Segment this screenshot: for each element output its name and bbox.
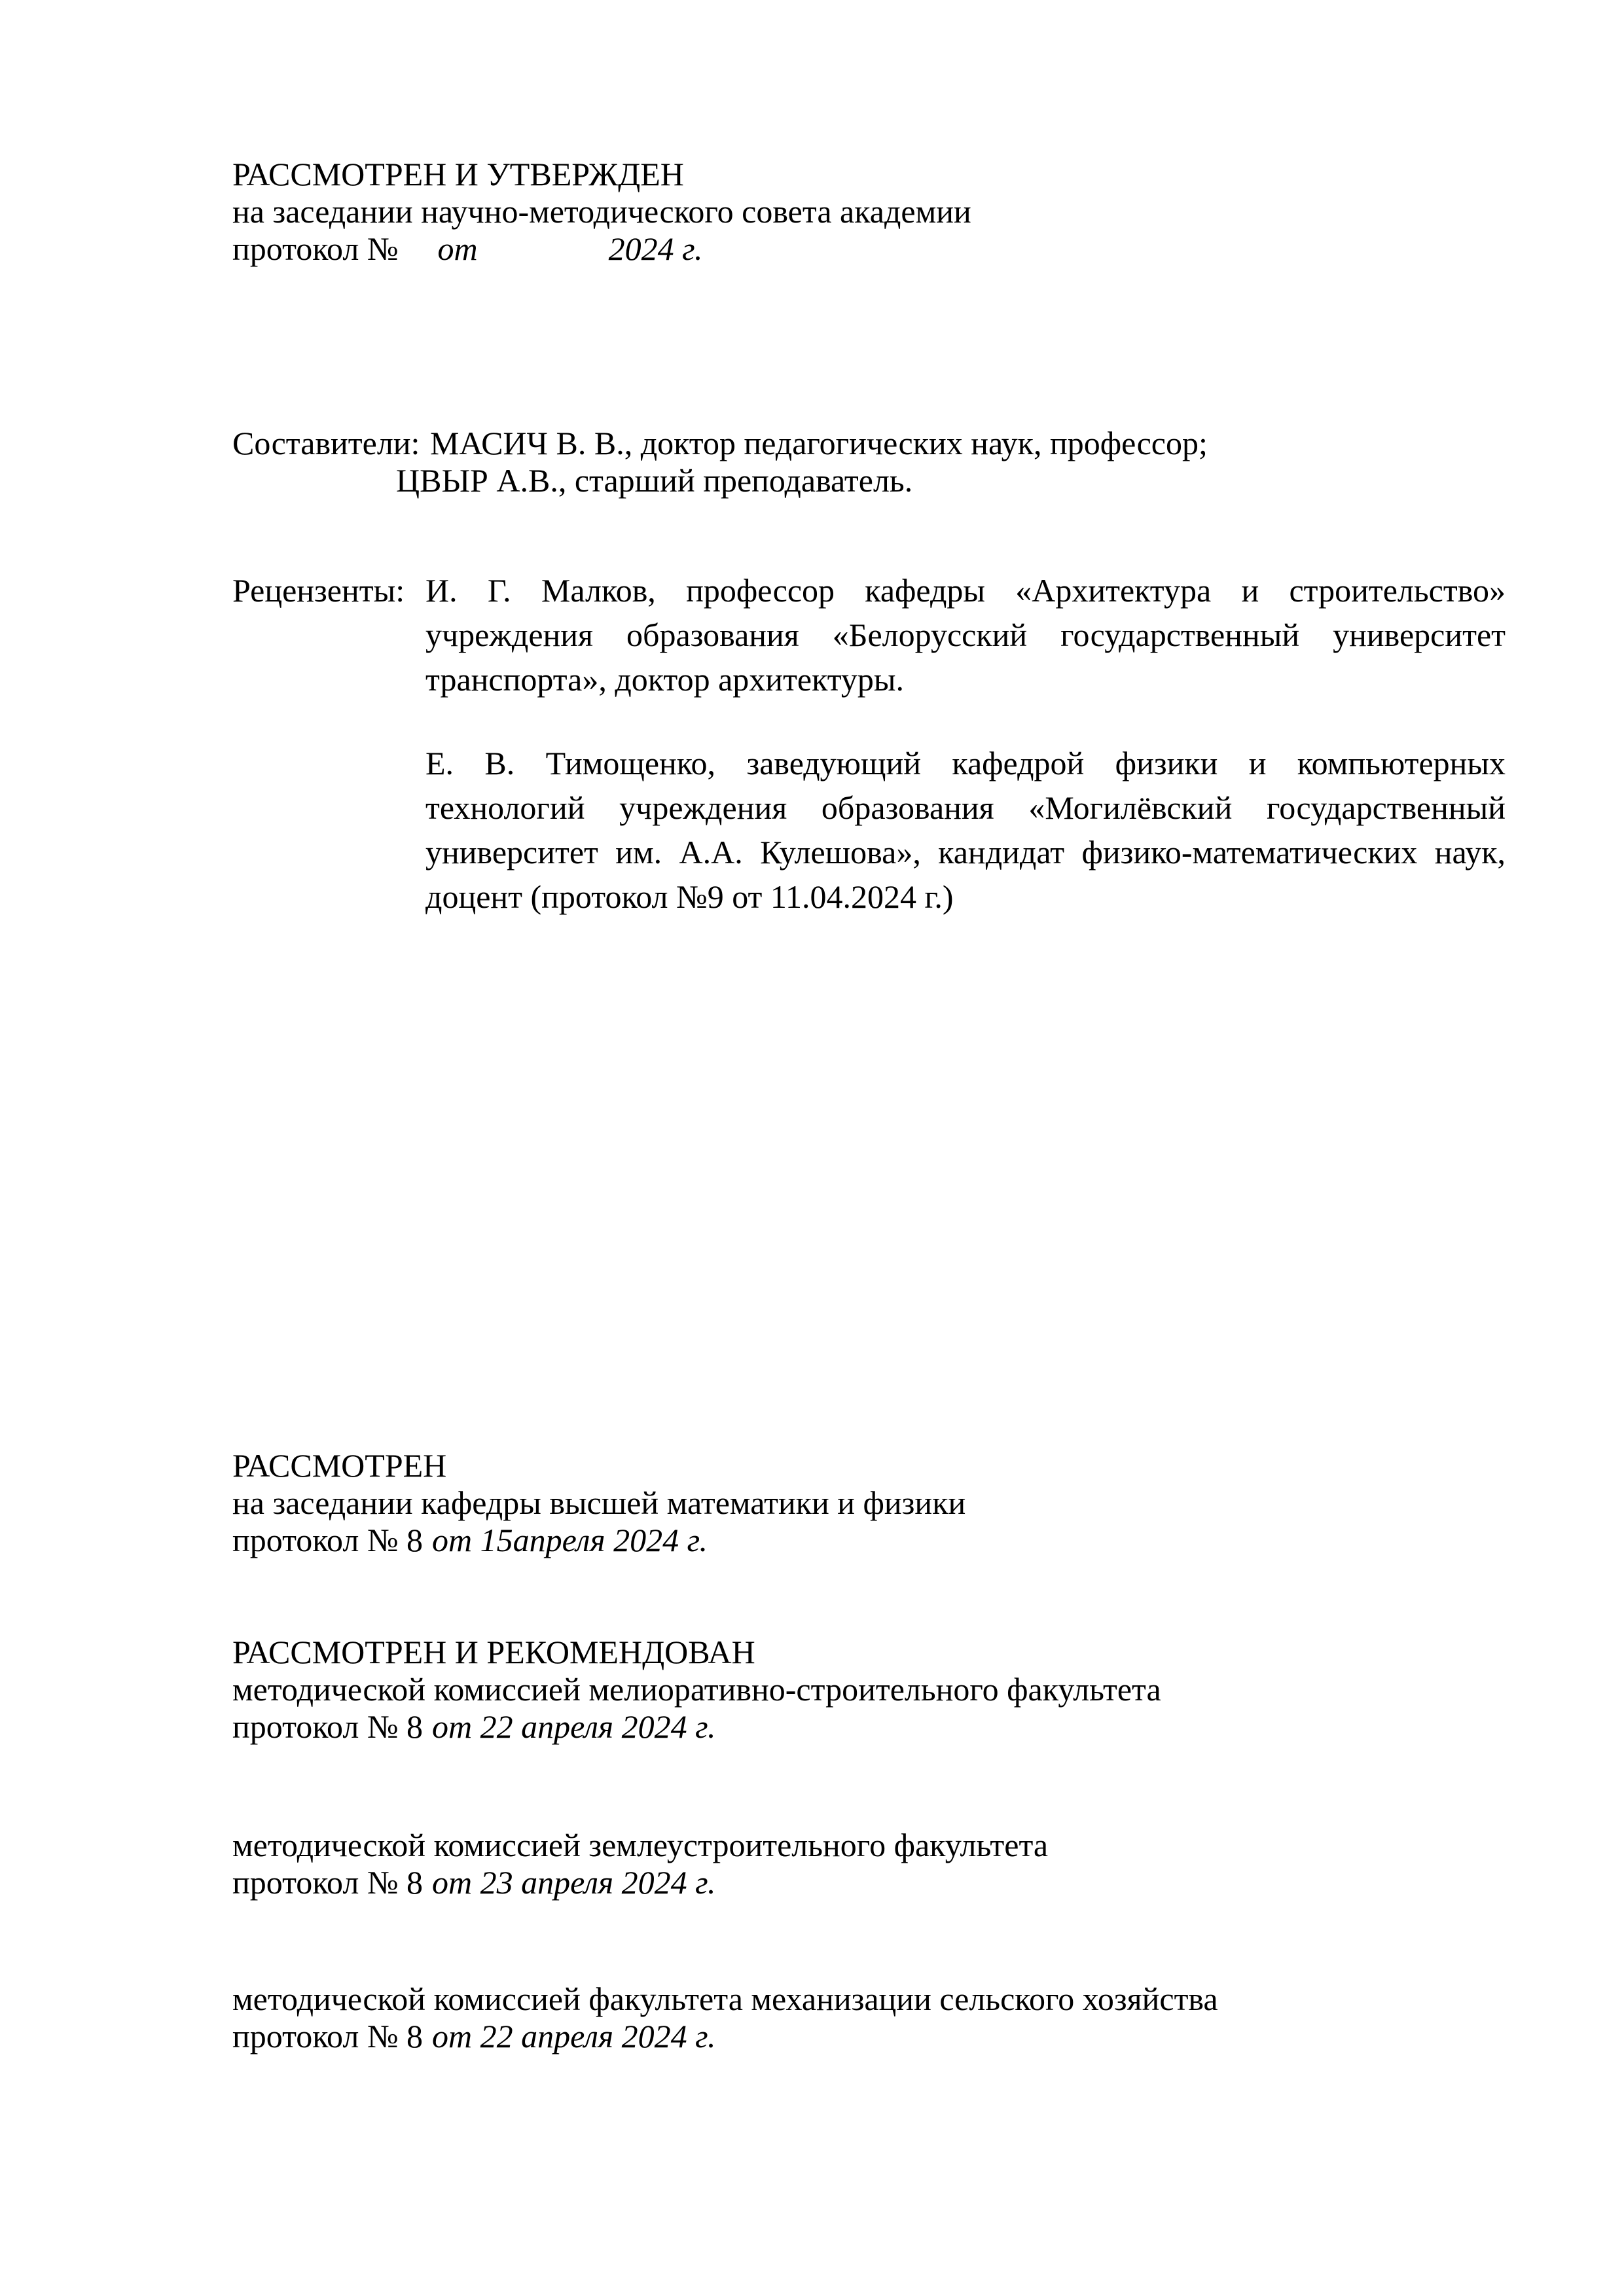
commission1-protocol-line: протокол № 8от 22 апреля 2024 г.	[232, 1708, 1506, 1746]
reviewer1-block: Рецензенты: И. Г. Малков, профессор кафе…	[232, 568, 1506, 702]
reviewed-dept-protocol-line: протокол № 8от 15апреля 2024 г.	[232, 1522, 1506, 1559]
approval-top-block: РАССМОТРЕН И УТВЕРЖДЕН на заседании науч…	[232, 156, 1506, 268]
commission2-block: методической комиссией землеустроительно…	[232, 1827, 1506, 1901]
commission1-protocol-prefix: протокол № 8	[232, 1708, 423, 1745]
reviewers-label: Рецензенты:	[232, 568, 405, 613]
reviewer2-line4: доцент (протокол №9 от 11.04.2024 г.)	[425, 874, 1506, 919]
approval-top-protocol-line: протокол №от2024 г.	[232, 230, 1506, 268]
compilers-line2-text: ЦВЫР А.В., старший преподаватель.	[396, 462, 912, 499]
reviewed-dept-subtitle: на заседании кафедры высшей математики и…	[232, 1484, 1506, 1522]
reviewer2-line1: Е. В. Тимощенко, заведующий кафедрой физ…	[425, 741, 1506, 785]
commission2-line: методической комиссией землеустроительно…	[232, 1827, 1506, 1864]
approval-top-subtitle: на заседании научно-методического совета…	[232, 193, 1506, 230]
approval-top-title: РАССМОТРЕН И УТВЕРЖДЕН	[232, 156, 1506, 193]
commission2-text: методической комиссией землеустроительно…	[232, 1827, 1048, 1863]
reviewed-dept-block: РАССМОТРЕН на заседании кафедры высшей м…	[232, 1447, 1506, 1559]
reviewed-dept-subtitle-text: на заседании кафедры высшей математики и…	[232, 1484, 965, 1521]
commission2-protocol-prefix: протокол № 8	[232, 1864, 423, 1901]
commission1-text: методической комиссией мелиоративно-стро…	[232, 1671, 1161, 1708]
commission1-line: методической комиссией мелиоративно-стро…	[232, 1671, 1506, 1708]
reviewed-dept-protocol-prefix: протокол № 8	[232, 1522, 423, 1558]
reviewed-dept-title-text: РАССМОТРЕН	[232, 1447, 446, 1484]
commission1-protocol-date: от 22 апреля 2024 г.	[432, 1708, 715, 1745]
compilers-line1: Составители:МАСИЧ В. В., доктор педагоги…	[232, 425, 1506, 462]
protocol-year-label: 2024 г.	[609, 230, 703, 267]
commission3-block: методической комиссией факультета механи…	[232, 1981, 1506, 2055]
protocol-ot-label: от	[438, 230, 478, 267]
compilers-label: Составители:	[232, 425, 430, 462]
commission3-text: методической комиссией факультета механи…	[232, 1981, 1218, 2017]
reviewed-dept-title: РАССМОТРЕН	[232, 1447, 1506, 1484]
document-page: { "page": { "background": "#ffffff", "te…	[0, 0, 1624, 2296]
compilers-line1-text: МАСИЧ В. В., доктор педагогических наук,…	[430, 425, 1208, 461]
reviewer2-block: Е. В. Тимощенко, заведующий кафедрой физ…	[232, 741, 1506, 919]
commission3-protocol-line: протокол № 8от 22 апреля 2024 г.	[232, 2018, 1506, 2055]
approval-top-title-text: РАССМОТРЕН И УТВЕРЖДЕН	[232, 156, 684, 192]
compilers-line2: ЦВЫР А.В., старший преподаватель.	[232, 462, 1506, 499]
recommended-block: РАССМОТРЕН И РЕКОМЕНДОВАН методической к…	[232, 1634, 1506, 1746]
commission3-line: методической комиссией факультета механи…	[232, 1981, 1506, 2018]
commission2-protocol-line: протокол № 8от 23 апреля 2024 г.	[232, 1864, 1506, 1901]
commission2-protocol-date: от 23 апреля 2024 г.	[432, 1864, 715, 1901]
protocol-number-label: протокол №	[232, 230, 399, 267]
reviewer2-line3: университет им. А.А. Кулешова», кандидат…	[425, 830, 1506, 874]
commission3-protocol-prefix: протокол № 8	[232, 2018, 423, 2054]
reviewer2-line2: технологий учреждения образования «Могил…	[425, 785, 1506, 830]
compilers-block: Составители:МАСИЧ В. В., доктор педагоги…	[232, 425, 1506, 499]
reviewer1-line3: транспорта», доктор архитектуры.	[425, 657, 1506, 702]
reviewer1-line2: учреждения образования «Белорусский госу…	[425, 613, 1506, 657]
reviewed-dept-protocol-date: от 15апреля 2024 г.	[432, 1522, 708, 1558]
commission3-protocol-date: от 22 апреля 2024 г.	[432, 2018, 715, 2054]
reviewer1-line1: И. Г. Малков, профессор кафедры «Архитек…	[425, 568, 1506, 613]
recommended-title: РАССМОТРЕН И РЕКОМЕНДОВАН	[232, 1634, 1506, 1671]
recommended-title-text: РАССМОТРЕН И РЕКОМЕНДОВАН	[232, 1634, 755, 1670]
approval-top-subtitle-text: на заседании научно-методического совета…	[232, 193, 971, 230]
